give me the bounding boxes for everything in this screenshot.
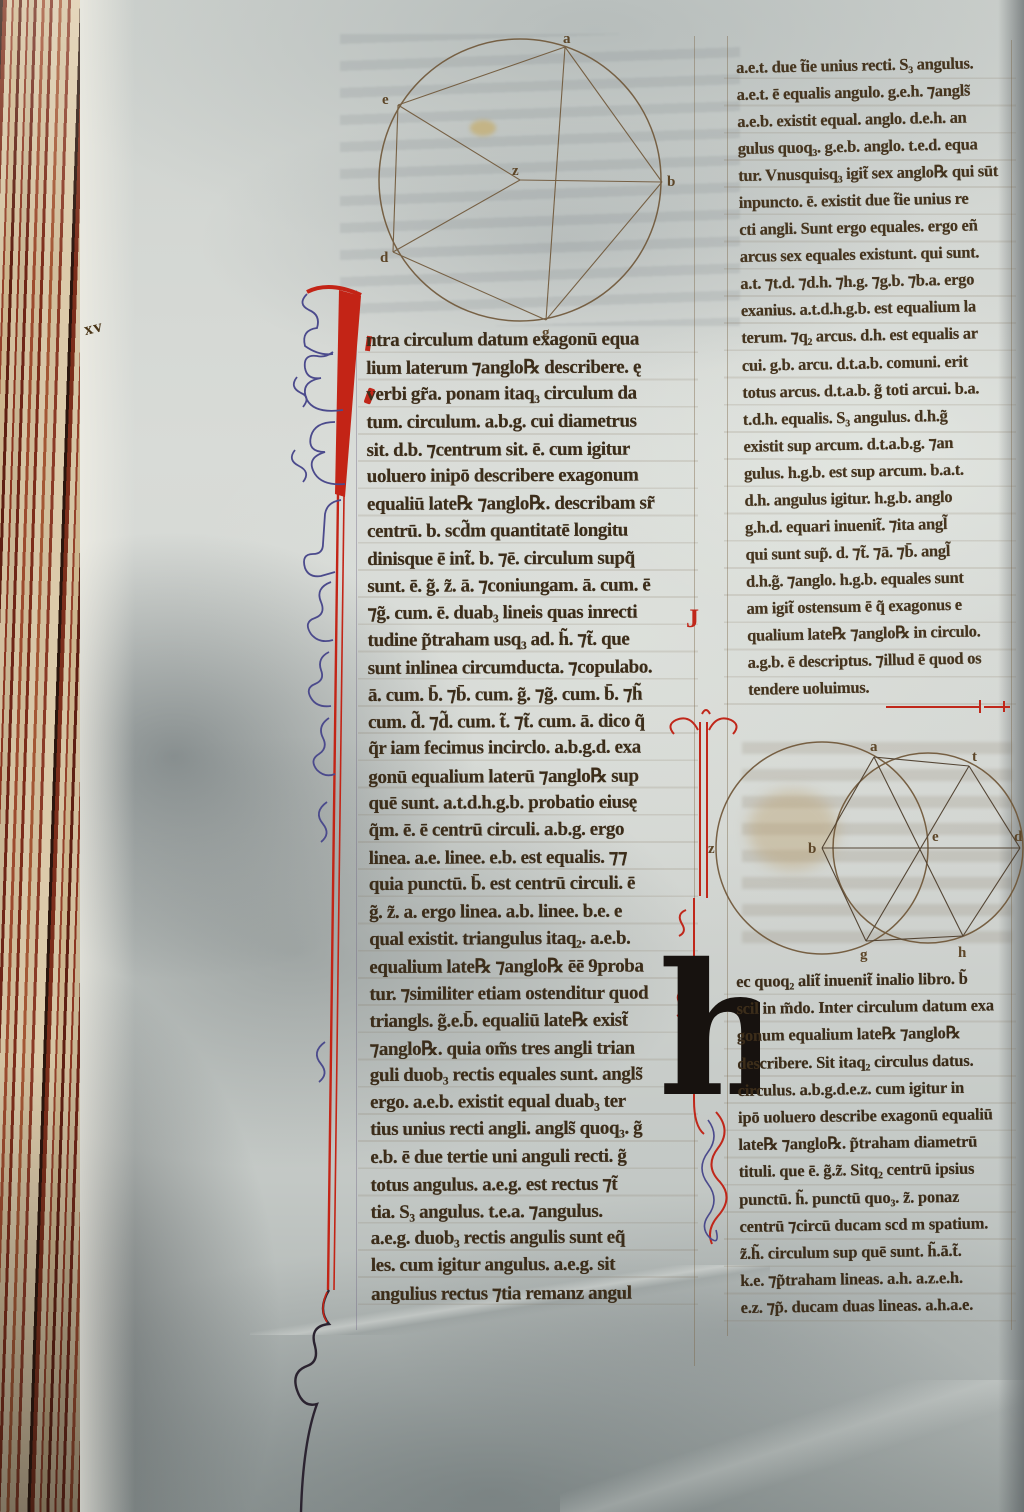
text-line: tudine p̃traham usq₃ ad. h̃. ⁊t̃. que — [368, 628, 700, 657]
text-line: uoluero inipō describere exagonum — [367, 464, 699, 493]
diagram1-label-z: z — [512, 163, 519, 179]
text-line: ⁊g̃. cum. ē. duab₃ lineis quas inrecti — [367, 600, 699, 629]
page-left-margin-highlight — [80, 0, 135, 1512]
text-line: k.e. ⁊p̃traham lineas. a.h. a.z.e.h. — [740, 1267, 1022, 1298]
text-line: angulius rectus ⁊tia remanz angul — [371, 1281, 703, 1310]
diagram2-label-d: d — [1014, 829, 1023, 845]
text-line: ntra circulum datum exagonū equa — [366, 328, 698, 357]
text-line: describere. Sit itaq₂ circulus datus. — [737, 1050, 1019, 1081]
diagram1-label-e: e — [382, 92, 389, 108]
text-line: punctū. h̃. punctū quo₃. z̃. ponaz — [739, 1186, 1021, 1217]
diagram2-label-g: g — [860, 947, 868, 963]
text-column-right-top: a.e.t. due t̃ie unius recti. S₃ angulus.… — [736, 53, 1024, 707]
text-line: ipō uoluero describe exagonū equaliū — [738, 1104, 1020, 1135]
initial-I-container: I — [283, 282, 375, 1512]
diagram2-label-z: z — [708, 841, 715, 857]
text-line: verbi gr̃a. ponam itaq₃ circulum da — [366, 383, 698, 412]
diagram2-label-e: e — [932, 829, 939, 845]
text-line: sit. d.b. ⁊centrum sit. ē. cum igitur — [367, 437, 699, 466]
text-line: tum. circulum. a.b.g. cui diametrus — [366, 410, 698, 439]
initial-J-rubric: J — [686, 604, 699, 634]
text-line: equaliū late℞ ⁊anglo℞. describam sr̃ — [367, 492, 699, 521]
text-line: ec quoq₂ alit̃ inuenit̃ inalio libro. b̃ — [736, 968, 1018, 999]
initial-I-red-bar — [335, 290, 361, 497]
text-line: sunt. ē. g̃. z̃. ā. ⁊coniungam. ā. cum. … — [367, 573, 699, 602]
parchment-crease — [560, 1380, 1024, 1512]
diagram1-label-d: d — [380, 250, 389, 266]
text-line: scil in m̃do. Inter circulum datum exa — [736, 995, 1018, 1026]
text-line: e.z. ⁊p̃. ducam duas lineas. a.h.a.e. — [741, 1294, 1023, 1325]
manuscript-page-photo: xv a e b d g z I — [0, 0, 1024, 1512]
line-filler-flourish — [884, 698, 1014, 714]
text-line: sunt inlinea circumducta. ⁊copulabo. — [368, 655, 700, 684]
text-line: circulus. a.b.g.d.e.z. cum igitur in — [738, 1077, 1020, 1108]
text-line: centrū. b. scd̃m quantitatē longitu — [367, 519, 699, 548]
diagram2-label-b: b — [808, 841, 816, 857]
text-line: dinisque ē int̃. b. ⁊ē. circulum supq̃ — [367, 546, 699, 575]
text-line: late℞ ⁊anglo℞. p̃traham diametrū — [738, 1131, 1020, 1162]
diagram2-label-t: t — [972, 749, 977, 765]
text-line: tituli. que ē. g̃.z̃. Sitq₂ centrū ipsiu… — [739, 1158, 1021, 1189]
text-column-right-bottom: ec quoq₂ alit̃ inuenit̃ inalio libro. b̃… — [736, 968, 1023, 1325]
initial-I-tail — [295, 1290, 329, 1512]
initial-h-blue-tail — [702, 1120, 717, 1241]
text-line: gonum equalium late℞ ⁊anglo℞ — [737, 1022, 1019, 1053]
circle-pentagon-diagram: a e b d g z — [360, 28, 700, 340]
diagram2-label-h: h — [958, 945, 967, 961]
diagram2-label-a: a — [870, 739, 878, 755]
diagram1-label-b: b — [667, 174, 675, 190]
text-line: z̃.h̃. circulum sup quē sunt. h̃.ā.t̃. — [740, 1240, 1022, 1271]
initial-I-penwork — [283, 282, 375, 1512]
two-circles-hexagon-diagram: z a t b e d g h — [700, 735, 1024, 967]
diagram1-label-a: a — [563, 31, 571, 47]
book-fore-edge-stripes — [0, 0, 80, 1512]
text-line: centrū ⁊circū ducam scd m spatium. — [739, 1213, 1021, 1244]
text-line: lium laterum ⁊anglo℞ describere. ę — [366, 355, 698, 384]
